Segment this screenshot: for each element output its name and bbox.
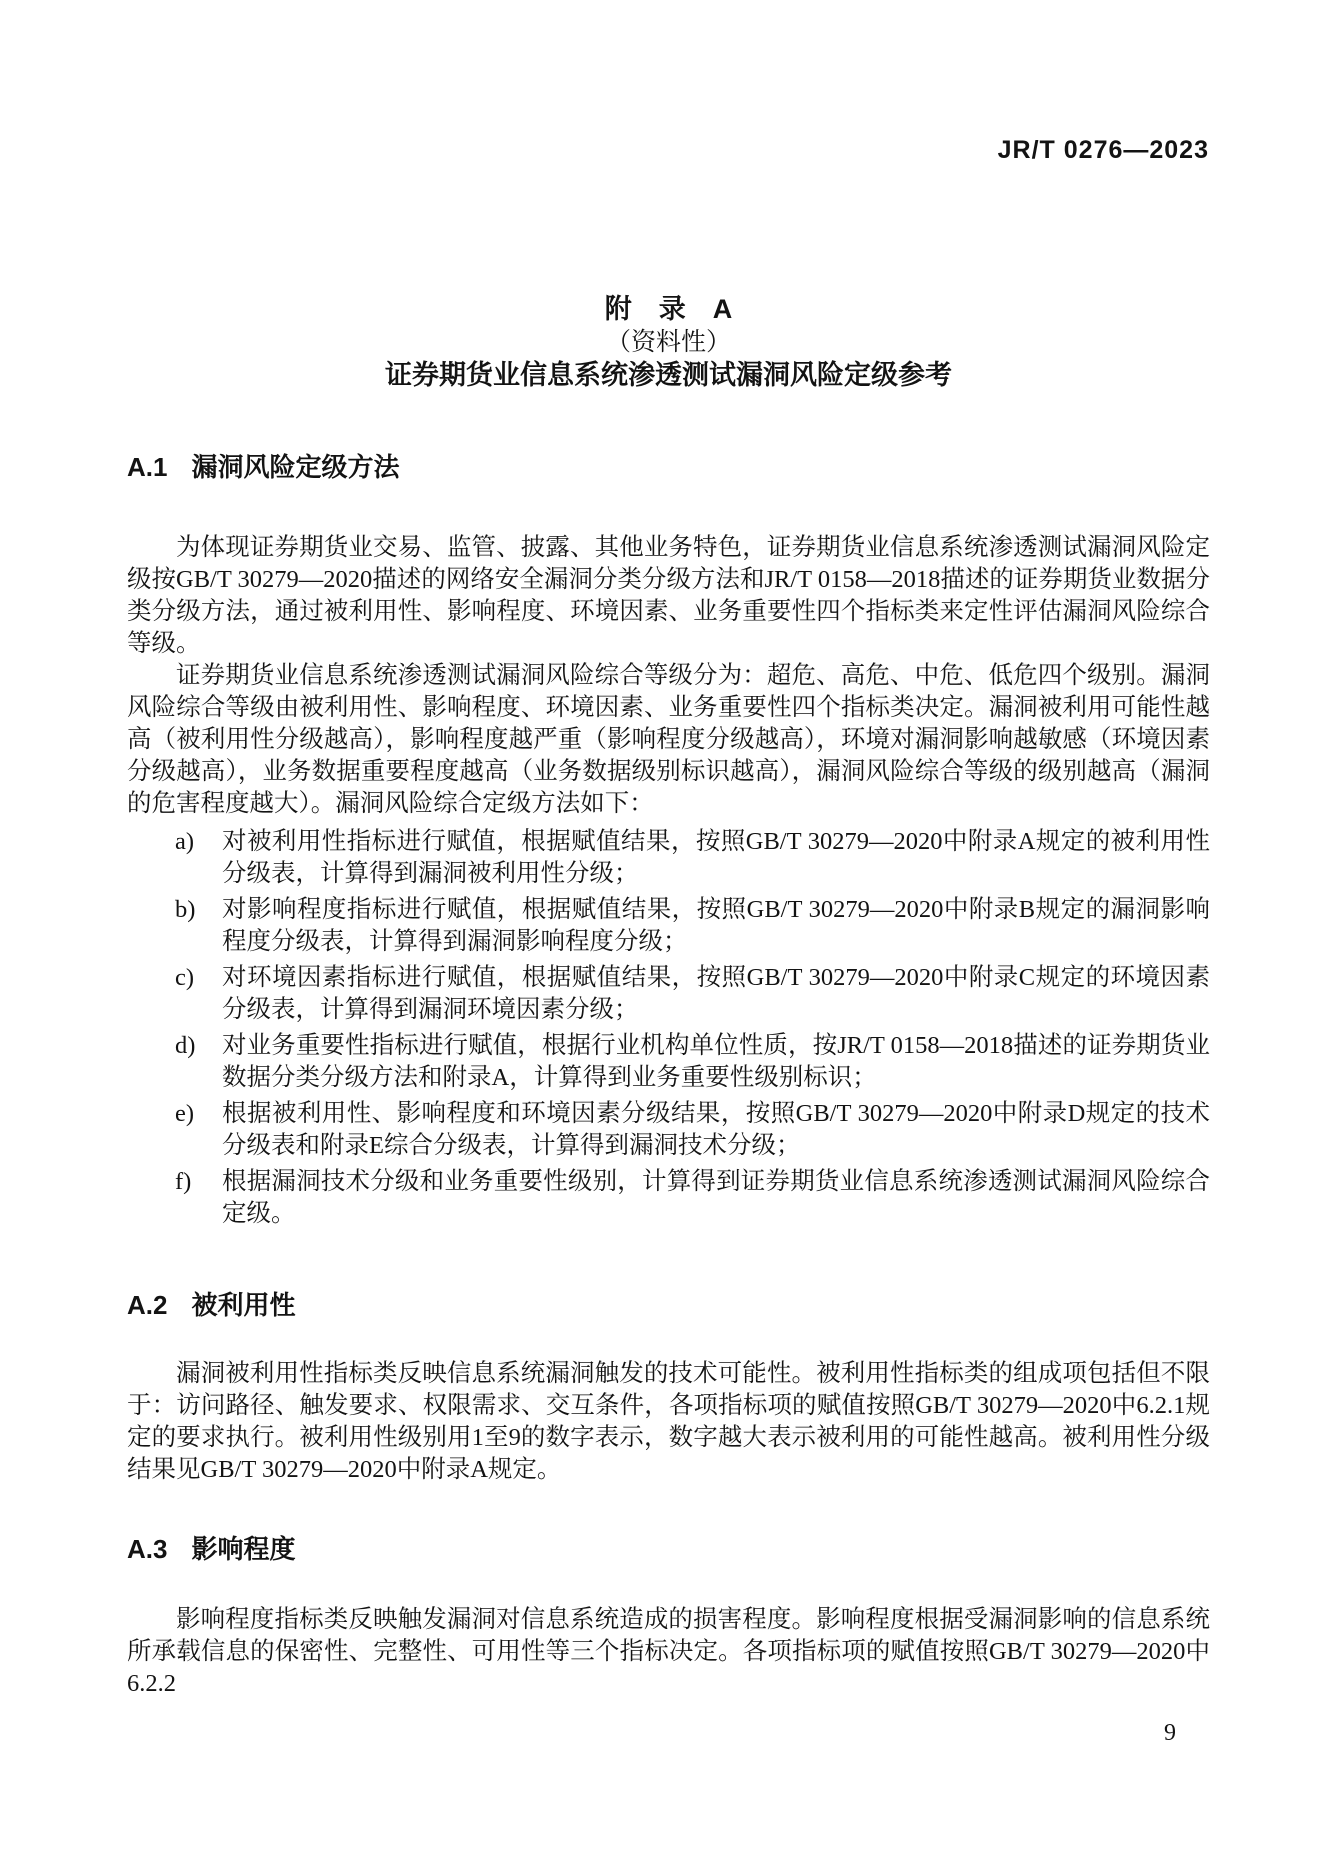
section-heading-a3: A.3影响程度 [127, 1532, 1210, 1566]
section-number: A.2 [127, 1288, 167, 1322]
list-item: c) 对环境因素指标进行赋值，根据赋值结果，按照GB/T 30279—2020中… [175, 962, 1210, 1026]
method-step-list: a) 对被利用性指标进行赋值，根据赋值结果，按照GB/T 30279—2020中… [127, 826, 1210, 1230]
section-title: 影响程度 [191, 1534, 295, 1564]
list-item-marker: d) [175, 1030, 222, 1094]
section-title: 被利用性 [191, 1290, 295, 1320]
section-number: A.1 [127, 450, 167, 484]
section-title: 漏洞风险定级方法 [191, 452, 399, 482]
list-item: f) 根据漏洞技术分级和业务重要性级别，计算得到证券期货业信息系统渗透测试漏洞风… [175, 1166, 1210, 1230]
list-item-marker: a) [175, 826, 222, 890]
appendix-normative-note: （资料性） [127, 326, 1210, 359]
standard-code: JR/T 0276—2023 [998, 136, 1209, 165]
paragraph: 影响程度指标类反映触发漏洞对信息系统造成的损害程度。影响程度根据受漏洞影响的信息… [127, 1604, 1210, 1700]
page-number: 9 [1150, 1720, 1190, 1747]
page-content: 附 录 A （资料性） 证券期货业信息系统渗透测试漏洞风险定级参考 A.1漏洞风… [0, 0, 1323, 1700]
paragraph: 漏洞被利用性指标类反映信息系统漏洞触发的技术可能性。被利用性指标类的组成项包括但… [127, 1358, 1210, 1486]
list-item: d) 对业务重要性指标进行赋值，根据行业机构单位性质，按JR/T 0158—20… [175, 1030, 1210, 1094]
list-item-text: 对影响程度指标进行赋值，根据赋值结果，按照GB/T 30279—2020中附录B… [222, 894, 1210, 958]
list-item-marker: b) [175, 894, 222, 958]
list-item-text: 对被利用性指标进行赋值，根据赋值结果，按照GB/T 30279—2020中附录A… [222, 826, 1210, 890]
list-item-text: 对业务重要性指标进行赋值，根据行业机构单位性质，按JR/T 0158—2018描… [222, 1030, 1210, 1094]
section-heading-a2: A.2被利用性 [127, 1288, 1210, 1322]
list-item: b) 对影响程度指标进行赋值，根据赋值结果，按照GB/T 30279—2020中… [175, 894, 1210, 958]
list-item-text: 对环境因素指标进行赋值，根据赋值结果，按照GB/T 30279—2020中附录C… [222, 962, 1210, 1026]
section-number: A.3 [127, 1532, 167, 1566]
list-item-marker: e) [175, 1098, 222, 1162]
section-heading-a1: A.1漏洞风险定级方法 [127, 450, 1210, 484]
list-item: a) 对被利用性指标进行赋值，根据赋值结果，按照GB/T 30279—2020中… [175, 826, 1210, 890]
list-item-text: 根据漏洞技术分级和业务重要性级别，计算得到证券期货业信息系统渗透测试漏洞风险综合… [222, 1166, 1210, 1230]
list-item-text: 根据被利用性、影响程度和环境因素分级结果，按照GB/T 30279—2020中附… [222, 1098, 1210, 1162]
appendix-title: 证券期货业信息系统渗透测试漏洞风险定级参考 [127, 359, 1210, 392]
document-page: JR/T 0276—2023 附 录 A （资料性） 证券期货业信息系统渗透测试… [0, 0, 1323, 1871]
list-item-marker: c) [175, 962, 222, 1026]
appendix-label: 附 录 A [127, 292, 1210, 326]
list-item: e) 根据被利用性、影响程度和环境因素分级结果，按照GB/T 30279—202… [175, 1098, 1210, 1162]
list-item-marker: f) [175, 1166, 222, 1230]
paragraph: 为体现证券期货业交易、监管、披露、其他业务特色，证券期货业信息系统渗透测试漏洞风… [127, 532, 1210, 660]
paragraph: 证券期货业信息系统渗透测试漏洞风险综合等级分为：超危、高危、中危、低危四个级别。… [127, 660, 1210, 820]
appendix-header: 附 录 A （资料性） 证券期货业信息系统渗透测试漏洞风险定级参考 [127, 0, 1210, 392]
